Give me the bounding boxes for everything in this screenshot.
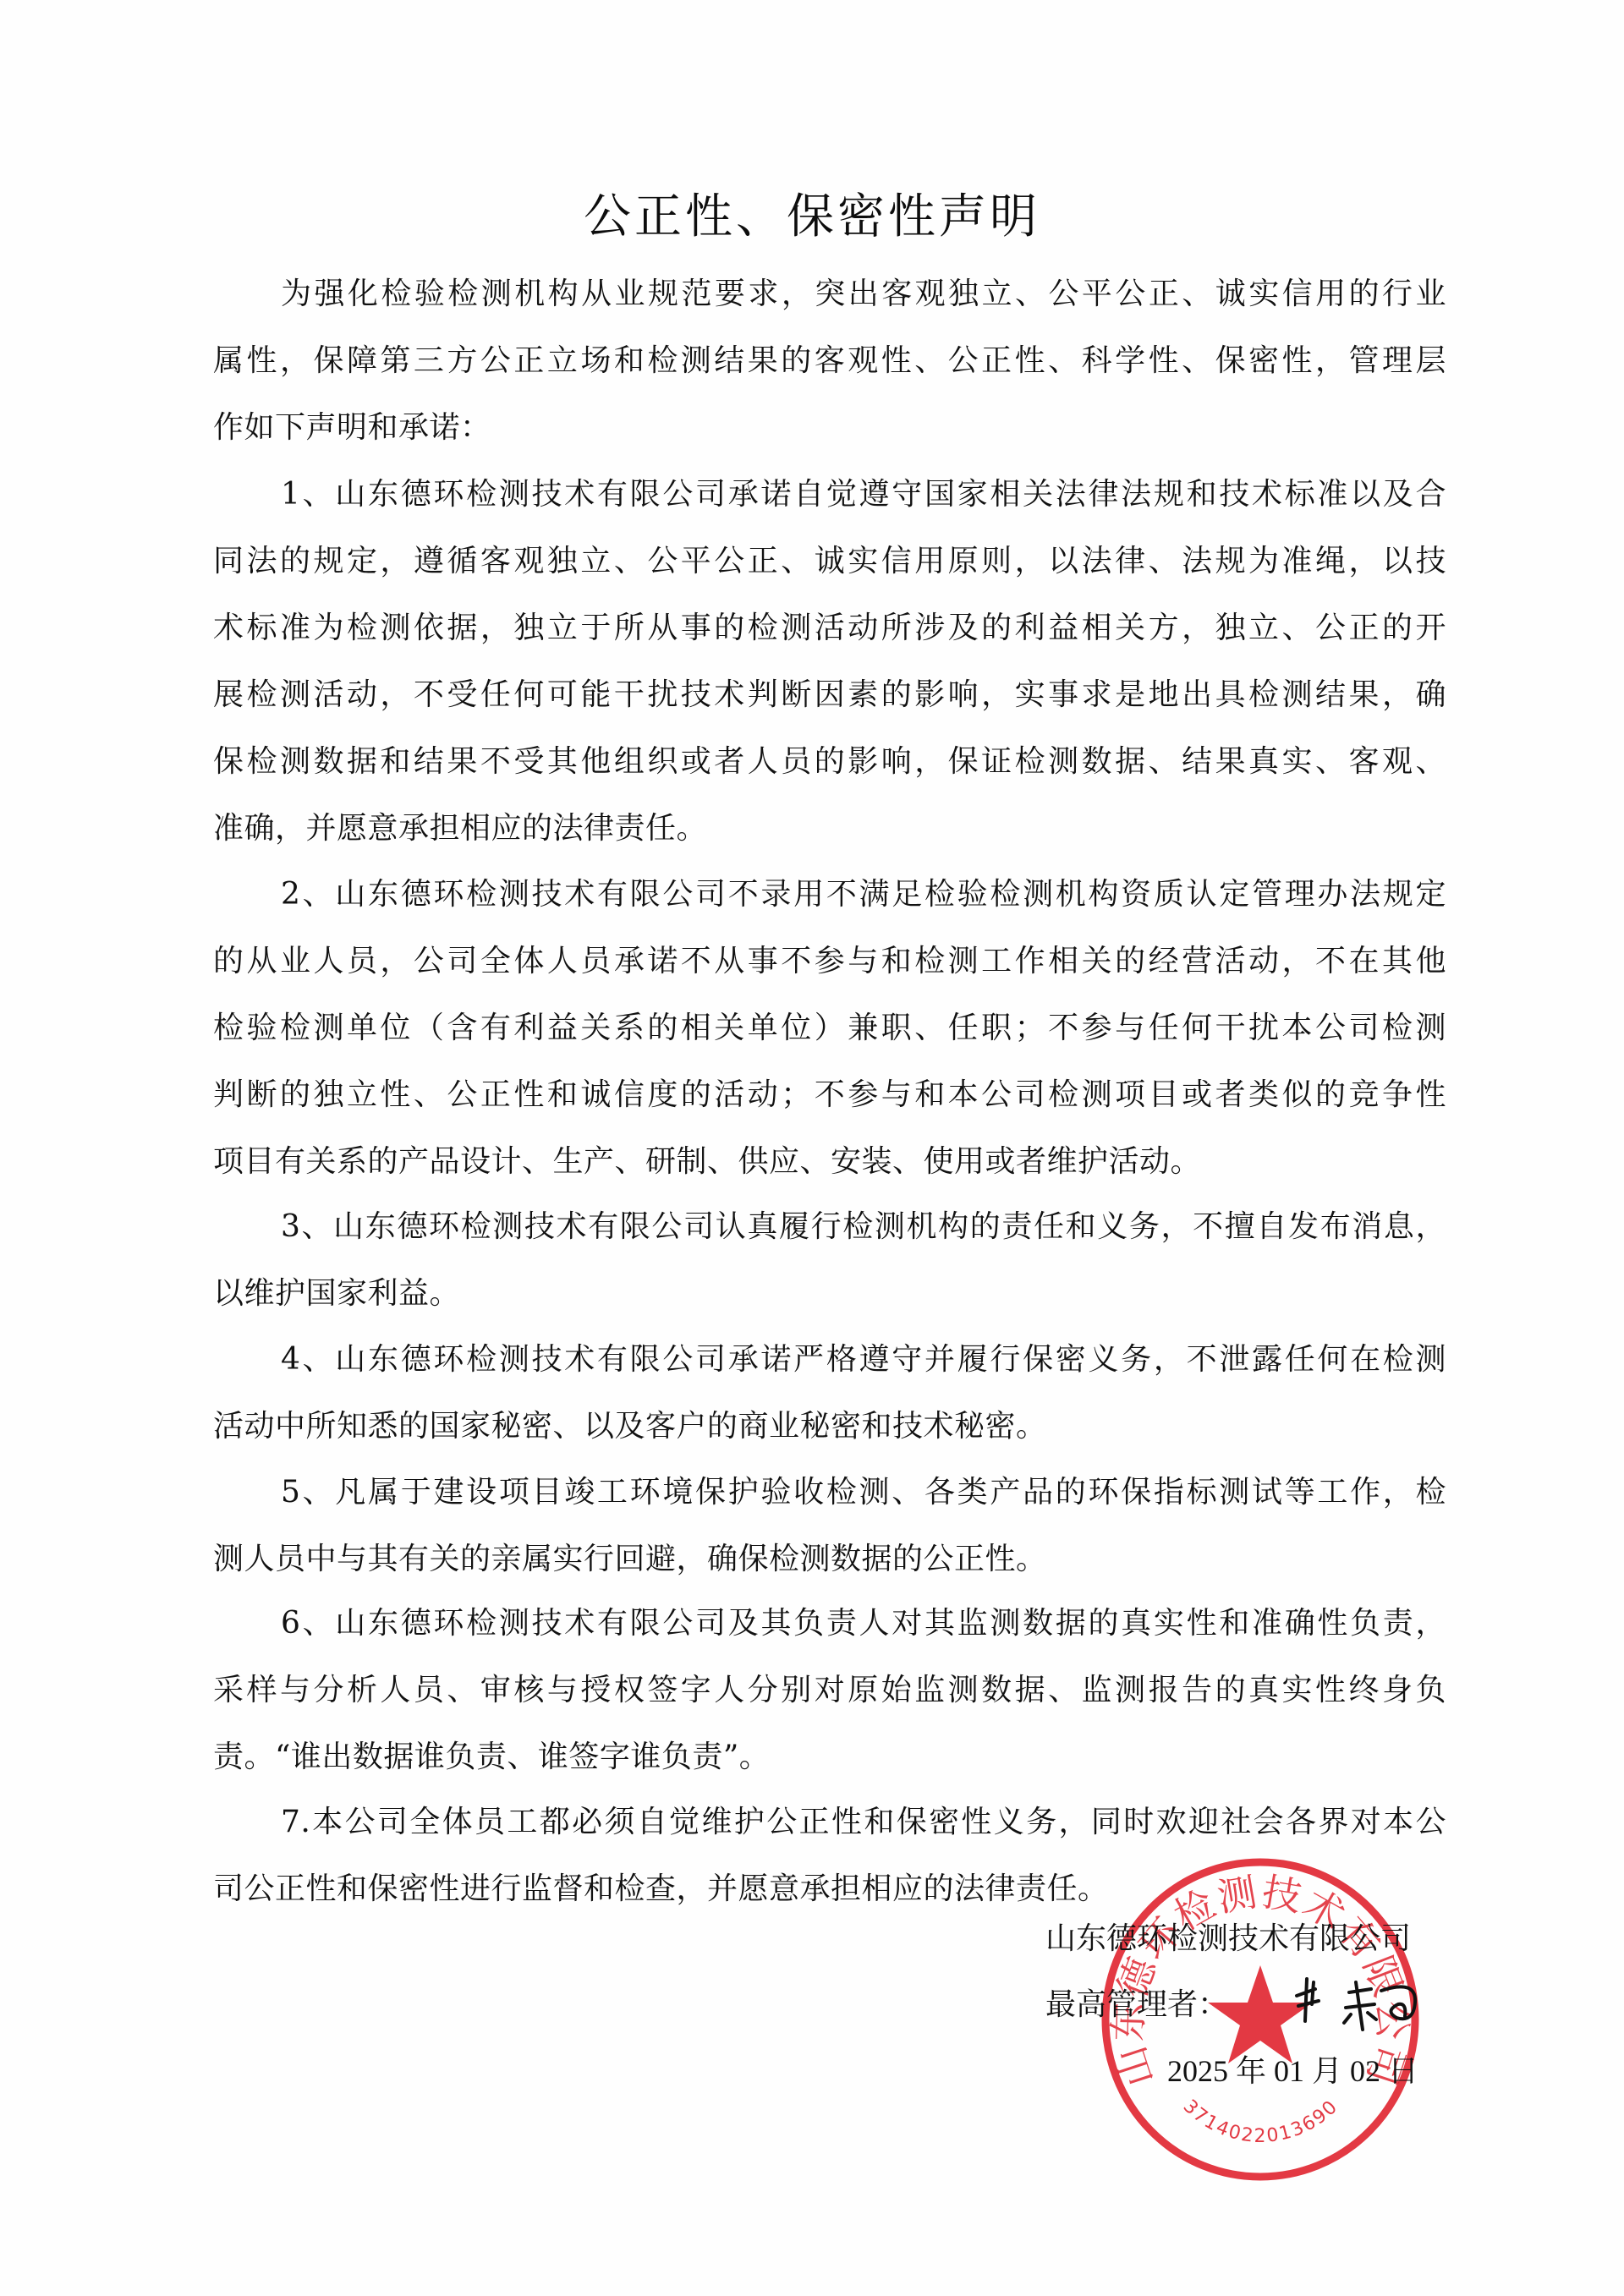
text-line: 保检测数据和结果不受其他组织或者人员的影响，保证检测数据、结果真实、客观、 [213,728,1446,795]
paragraph-item-1: 1、山东德环检测技术有限公司承诺自觉遵守国家相关法律法规和技术标准以及合 同法的… [213,461,1446,862]
text-line: 7.本公司全体员工都必须自觉维护公正性和保密性义务，同时欢迎社会各界对本公 [213,1789,1446,1855]
text-line: 作如下声明和承诺： [213,394,1446,461]
text-line: 3、山东德环检测技术有限公司认真履行检测机构的责任和义务，不擅自发布消息， [213,1193,1446,1260]
paragraph-item-3: 3、山东德环检测技术有限公司认真履行检测机构的责任和义务，不擅自发布消息， 以维… [213,1193,1446,1327]
text-line: 检验检测单位（含有利益关系的相关单位）兼职、任职；不参与任何干扰本公司检测 [213,995,1446,1061]
text-line: 2、山东德环检测技术有限公司不录用不满足检验检测机构资质认定管理办法规定 [213,861,1446,928]
paragraph-item-5: 5、凡属于建设项目竣工环境保护验收检测、各类产品的环保指标测试等工作，检 测人员… [213,1459,1446,1592]
text-line: 判断的独立性、公正性和诚信度的活动；不参与和本公司检测项目或者类似的竞争性 [213,1061,1446,1128]
text-line: 项目有关系的产品设计、生产、研制、供应、安装、使用或者维护活动。 [213,1128,1446,1195]
text-line: 4、山东德环检测技术有限公司承诺严格遵守并履行保密义务，不泄露任何在检测 [213,1326,1446,1393]
text-line: 准确，并愿意承担相应的法律责任。 [213,795,1446,862]
document-title: 公正性、保密性声明 [0,179,1624,247]
text-line: 以维护国家利益。 [213,1260,1446,1327]
manager-label: 最高管理者： [1045,1971,1228,2038]
paragraph-item-6: 6、山东德环检测技术有限公司及其负责人对其监测数据的真实性和准确性负责， 采样与… [213,1590,1446,1790]
text-line: 活动中所知悉的国家秘密、以及客户的商业秘密和技术秘密。 [213,1393,1446,1460]
text-line: 责。“谁出数据谁负责、谁签字谁负责”。 [213,1723,1446,1790]
text-line: 5、凡属于建设项目竣工环境保护验收检测、各类产品的环保指标测试等工作，检 [213,1459,1446,1526]
paragraph-item-2: 2、山东德环检测技术有限公司不录用不满足检验检测机构资质认定管理办法规定 的从业… [213,861,1446,1195]
text-line: 采样与分析人员、审核与授权签字人分别对原始监测数据、监测报告的真实性终身负 [213,1657,1446,1723]
document-page: 公正性、保密性声明 为强化检验检测机构从业规范要求，突出客观独立、公平公正、诚实… [0,0,1624,2296]
text-line: 术标准为检测依据，独立于所从事的检测活动所涉及的利益相关方，独立、公正的开 [213,595,1446,661]
signing-date: 2025 年 01 月 02 日 [1167,2038,1418,2105]
text-line: 6、山东德环检测技术有限公司及其负责人对其监测数据的真实性和准确性负责， [213,1590,1446,1657]
text-line: 的从业人员，公司全体人员承诺不从事不参与和检测工作相关的经营活动，不在其他 [213,928,1446,995]
company-name: 山东德环检测技术有限公司 [1045,1905,1411,1972]
handwritten-signature-icon [1290,1970,1434,2038]
text-line: 为强化检验检测机构从业规范要求，突出客观独立、公平公正、诚实信用的行业 [213,260,1446,327]
text-line: 测人员中与其有关的亲属实行回避，确保检测数据的公正性。 [213,1526,1446,1592]
text-line: 1、山东德环检测技术有限公司承诺自觉遵守国家相关法律法规和技术标准以及合 [213,461,1446,528]
text-line: 属性，保障第三方公正立场和检测结果的客观性、公正性、科学性、保密性，管理层 [213,327,1446,394]
paragraph-intro: 为强化检验检测机构从业规范要求，突出客观独立、公平公正、诚实信用的行业 属性，保… [213,260,1446,461]
paragraph-item-4: 4、山东德环检测技术有限公司承诺严格遵守并履行保密义务，不泄露任何在检测 活动中… [213,1326,1446,1460]
text-line: 展检测活动，不受任何可能干扰技术判断因素的影响，实事求是地出具检测结果，确 [213,661,1446,728]
text-line: 同法的规定，遵循客观独立、公平公正、诚实信用原则，以法律、法规为准绳，以技 [213,528,1446,595]
